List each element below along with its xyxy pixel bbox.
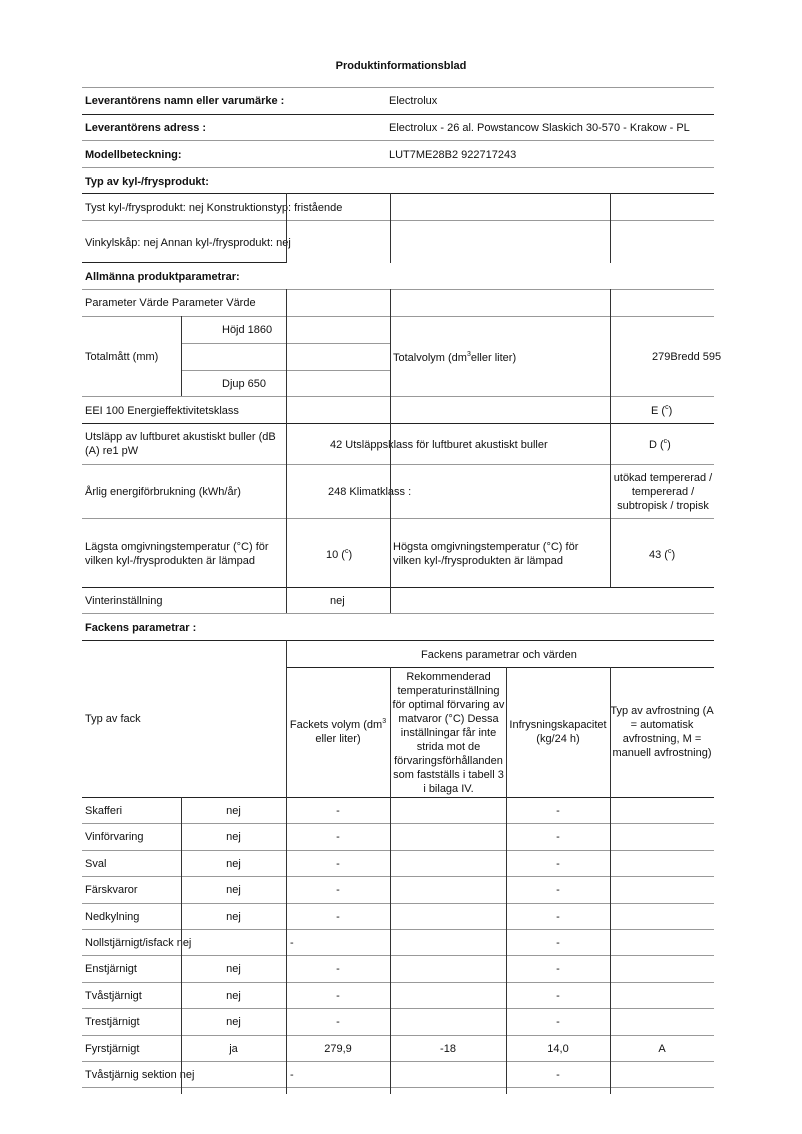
compartment-volume: - [286, 804, 390, 818]
compartment-name: Trestjärnigt [85, 1015, 140, 1029]
product-type-row-1: Tyst kyl-/frysprodukt: nej Konstruktions… [85, 201, 342, 215]
divider [82, 316, 714, 317]
max-temp-value: 43 (c) [649, 548, 675, 562]
compartment-name: Enstjärnigt [85, 962, 137, 976]
compartment-volume: - [286, 857, 390, 871]
compartment-volume: - [286, 883, 390, 897]
divider [82, 464, 714, 465]
general-heading: Allmänna produktparametrar: [85, 270, 240, 284]
compartment-volume: - [286, 1015, 390, 1029]
divider [82, 1087, 714, 1088]
min-temp-value: 10 (c) [326, 548, 352, 562]
paren: ) [667, 439, 671, 451]
winter-value: nej [330, 594, 345, 608]
divider [286, 640, 287, 1094]
max-temp: 43 ( [649, 549, 668, 561]
noise-class-value: D (c) [649, 438, 671, 452]
type-label: Typ av fack [85, 712, 141, 726]
divider [390, 667, 391, 1094]
page-title: Produktinformationsblad [0, 60, 802, 72]
compartment-name: Färskvaror [85, 883, 138, 897]
compartment-freeze: - [506, 883, 610, 897]
col-volume-pre: Fackets volym (dm [290, 719, 382, 731]
compartment-name: Tvåstjärnigt [85, 989, 142, 1003]
noise-value: 42 Utsläppsklass för luftburet akustiskt… [330, 438, 548, 452]
energy-class-value: E (c) [651, 404, 672, 418]
compartment-name: Nedkylning [85, 910, 139, 924]
total-volume-label-post: eller liter) [471, 352, 516, 364]
model-label: Modellbeteckning: [85, 148, 182, 162]
group-header: Fackens parametrar och värden [421, 648, 577, 662]
divider [82, 193, 714, 194]
divider [610, 289, 611, 587]
max-temp-label: Högsta omgivningstemperatur (°C) för vil… [393, 540, 603, 568]
divider [390, 289, 391, 613]
divider [286, 667, 714, 668]
divider [286, 289, 287, 613]
compartment-present: ja [181, 1042, 286, 1056]
compartment-freeze: - [506, 1068, 610, 1082]
divider [610, 667, 611, 1094]
min-temp-label: Lägsta omgivningstemperatur (°C) för vil… [85, 540, 285, 568]
divider [82, 289, 714, 290]
divider [506, 667, 507, 1094]
compartment-freeze: 14,0 [506, 1042, 610, 1056]
divider [82, 823, 714, 824]
compartment-present: nej [181, 989, 286, 1003]
divider [82, 587, 714, 588]
divider [82, 167, 714, 168]
total-dims-label: Totalmått (mm) [85, 350, 158, 364]
compartment-volume: - [290, 1068, 294, 1082]
divider [82, 903, 714, 904]
eei-label: EEI 100 Energieffektivitetsklass [85, 404, 239, 418]
paren: ) [671, 549, 675, 561]
divider [390, 193, 391, 263]
divider [181, 797, 182, 1094]
height-value: Höjd 1860 [222, 323, 272, 337]
divider [82, 423, 714, 424]
divider [82, 850, 714, 851]
compartment-present: nej [181, 962, 286, 976]
compartment-name: Nollstjärnigt/isfack nej [85, 936, 191, 950]
total-volume-label-pre: Totalvolym (dm [393, 352, 467, 364]
divider [82, 1035, 714, 1036]
compartment-temp: -18 [390, 1042, 506, 1056]
compartment-volume: - [290, 936, 294, 950]
divider [82, 1061, 714, 1062]
product-type-row-2: Vinkylskåp: nej Annan kyl-/frysprodukt: … [85, 236, 291, 250]
compartment-present: nej [181, 804, 286, 818]
compartment-freeze: - [506, 1015, 610, 1029]
compartment-present: nej [181, 883, 286, 897]
divider [82, 140, 714, 141]
paren: ) [348, 549, 352, 561]
noise-class: D ( [649, 439, 664, 451]
divider [82, 982, 714, 983]
compartment-freeze: - [506, 830, 610, 844]
compartment-volume: 279,9 [286, 1042, 390, 1056]
compartment-name: Fyrstjärnigt [85, 1042, 139, 1056]
annual-energy-value: 248 Klimatklass : [328, 485, 411, 499]
col-volume-header: Fackets volym (dm3 eller liter) [288, 718, 388, 746]
model-value: LUT7ME28B2 922717243 [389, 148, 516, 162]
divider [82, 876, 714, 877]
divider [82, 1008, 714, 1009]
compartment-name: Vinförvaring [85, 830, 144, 844]
compartment-volume: - [286, 962, 390, 976]
winter-label: Vinterinställning [85, 594, 162, 608]
supplier-address-label: Leverantörens adress : [85, 121, 206, 135]
divider [82, 87, 714, 88]
compartment-name: Skafferi [85, 804, 122, 818]
product-type-heading: Typ av kyl-/frysprodukt: [85, 175, 209, 189]
noise-label: Utsläpp av luftburet akustiskt buller (d… [85, 430, 285, 458]
col-temp-header: Rekommenderad temperaturinställning för … [391, 670, 506, 796]
compartment-volume: - [286, 910, 390, 924]
compartment-present: nej [181, 830, 286, 844]
paren: ) [669, 405, 673, 417]
divider [82, 613, 714, 614]
depth-value: Djup 650 [222, 377, 266, 391]
climate-class-value: utökad tempererad / tempererad / subtrop… [612, 471, 714, 513]
divider [286, 193, 287, 263]
general-header-row: Parameter Värde Parameter Värde [85, 296, 256, 310]
compartment-freeze: - [506, 936, 610, 950]
divider [82, 797, 714, 798]
compartment-volume: - [286, 989, 390, 1003]
supplier-address-value: Electrolux - 26 al. Powstancow Slaskich … [389, 121, 690, 135]
total-volume-value: 279Bredd 595 [652, 350, 721, 364]
supplier-name-label: Leverantörens namn eller varumärke : [85, 94, 284, 108]
divider [82, 220, 714, 221]
col-defrost-header: Typ av avfrostning (A = automatisk avfro… [610, 704, 714, 760]
compartment-present: nej [181, 1015, 286, 1029]
energy-class: E ( [651, 405, 665, 417]
annual-energy-label: Årlig energiförbrukning (kWh/år) [85, 485, 241, 499]
compartment-freeze: - [506, 857, 610, 871]
total-volume-label: Totalvolym (dm3eller liter) [393, 351, 516, 365]
divider [610, 193, 611, 263]
compartments-heading: Fackens parametrar : [85, 621, 196, 635]
compartment-freeze: - [506, 910, 610, 924]
min-temp: 10 ( [326, 549, 345, 561]
compartment-volume: - [286, 830, 390, 844]
supplier-name-value: Electrolux [389, 94, 437, 108]
divider [181, 316, 182, 396]
divider [82, 929, 714, 930]
compartment-defrost: A [610, 1042, 714, 1056]
divider [82, 262, 287, 263]
col-volume-post: eller liter) [315, 733, 360, 745]
compartment-freeze: - [506, 989, 610, 1003]
divider [82, 114, 714, 115]
compartment-freeze: - [506, 962, 610, 976]
compartment-present: nej [181, 910, 286, 924]
compartment-freeze: - [506, 804, 610, 818]
compartment-present: nej [181, 857, 286, 871]
superscript: 3 [382, 718, 386, 725]
divider [82, 640, 714, 641]
compartment-name: Tvåstjärnig sektion nej [85, 1068, 194, 1082]
divider [82, 396, 714, 397]
divider [82, 955, 714, 956]
divider [82, 518, 714, 519]
compartment-name: Sval [85, 857, 106, 871]
col-freeze-header: Infrysningskapacitet (kg/24 h) [506, 718, 610, 746]
